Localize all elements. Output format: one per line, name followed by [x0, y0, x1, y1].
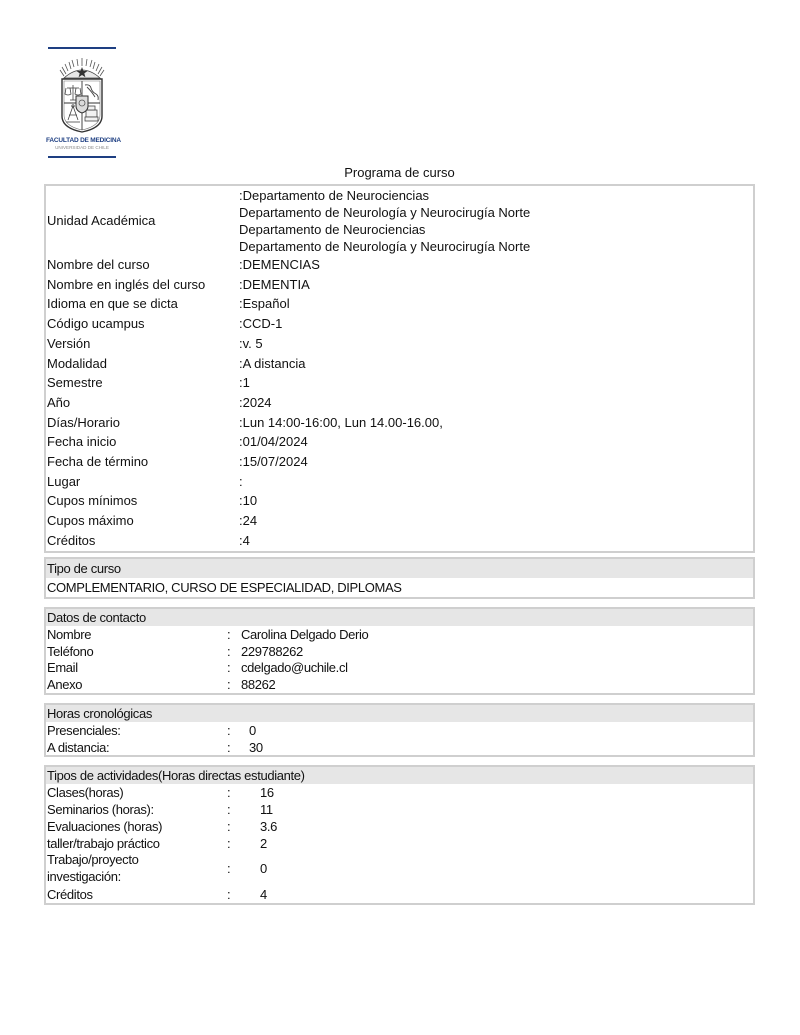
field-value: :Lun 14:00-16:00, Lun 14.00-16.00,	[238, 413, 754, 433]
academic-unit-line: Departamento de Neurología y Neurocirugí…	[239, 238, 752, 255]
separator: :	[227, 659, 241, 676]
field-value: :10	[238, 491, 754, 511]
field-label: Clases(horas)	[47, 784, 227, 801]
field-label: Evaluaciones (horas)	[47, 818, 227, 835]
field-value: :15/07/2024	[238, 452, 754, 472]
hours-section: Horas cronológicas Presenciales::0 A dis…	[44, 703, 755, 757]
separator: :	[227, 835, 241, 852]
field-label: Cupos mínimos	[45, 491, 238, 511]
field-label: Cupos máximo	[45, 511, 238, 531]
field-value: :4	[238, 531, 754, 552]
list-item: Nombre:Carolina Delgado Derio	[46, 626, 753, 643]
separator: :	[227, 722, 241, 739]
section-heading: Tipo de curso	[46, 559, 753, 578]
field-value: :2024	[238, 393, 754, 413]
list-item: Trabajo/proyecto investigación: : 0	[46, 852, 753, 886]
field-value: :24	[238, 511, 754, 531]
course-type-value: COMPLEMENTARIO, CURSO DE ESPECIALIDAD, D…	[46, 578, 753, 597]
activities-section: Tipos de actividades(Horas directas estu…	[44, 765, 755, 905]
separator: :	[227, 626, 241, 643]
course-type-section: Tipo de curso COMPLEMENTARIO, CURSO DE E…	[44, 557, 755, 599]
table-row: Versión:v. 5	[45, 334, 754, 354]
field-label: Créditos	[45, 531, 238, 552]
field-label: Nombre en inglés del curso	[45, 275, 238, 295]
field-label: Nombre del curso	[45, 255, 238, 275]
table-row: Cupos máximo:24	[45, 511, 754, 531]
table-row: Días/Horario:Lun 14:00-16:00, Lun 14.00-…	[45, 413, 754, 433]
field-value: :DEMENCIAS	[238, 255, 754, 275]
field-label: Semestre	[45, 373, 238, 393]
field-label: Lugar	[45, 472, 238, 492]
field-value: 11	[241, 801, 752, 818]
field-value: 0	[241, 852, 752, 886]
list-item: Seminarios (horas)::11	[46, 801, 753, 818]
field-value: :DEMENTIA	[238, 275, 754, 295]
separator: :	[227, 852, 241, 886]
field-value: 2	[241, 835, 752, 852]
separator: :	[227, 801, 241, 818]
academic-unit-line: :Departamento de Neurociencias	[239, 187, 752, 204]
contact-phone: 229788262	[241, 643, 752, 660]
field-value: 3.6	[241, 818, 752, 835]
table-row: Fecha de término:15/07/2024	[45, 452, 754, 472]
list-item: Clases(horas):16	[46, 784, 753, 801]
section-heading: Datos de contacto	[46, 609, 753, 626]
list-item: Evaluaciones (horas):3.6	[46, 818, 753, 835]
field-label: Presenciales:	[47, 722, 227, 739]
field-value: 16	[241, 784, 752, 801]
field-label: Nombre	[47, 626, 227, 643]
separator: :	[227, 886, 241, 903]
field-label: Modalidad	[45, 354, 238, 374]
field-label: Teléfono	[47, 643, 227, 660]
list-item: taller/trabajo práctico:2	[46, 835, 753, 852]
field-label: Unidad Académica	[45, 185, 238, 255]
list-item: Presenciales::0	[46, 722, 753, 739]
field-value: :1	[238, 373, 754, 393]
field-label: Trabajo/proyecto investigación:	[47, 852, 227, 886]
field-label: Créditos	[47, 886, 227, 903]
logo-university-name: UNIVERSIDAD DE CHILE	[46, 145, 118, 150]
field-label-line: investigación:	[47, 869, 227, 886]
page-title: Programa de curso	[44, 165, 755, 180]
logo-bottom-rule	[48, 156, 116, 158]
contact-extension: 88262	[241, 676, 752, 693]
logo-faculty-name: FACULTAD DE MEDICINA	[46, 137, 118, 144]
logo-top-rule	[48, 47, 116, 49]
table-row: Nombre en inglés del curso:DEMENTIA	[45, 275, 754, 295]
academic-unit-line: Departamento de Neurología y Neurocirugí…	[239, 204, 752, 221]
field-label: Fecha de término	[45, 452, 238, 472]
field-value-academic-unit: :Departamento de Neurociencias Departame…	[238, 185, 754, 255]
separator: :	[227, 818, 241, 835]
table-row: Idioma en que se dicta:Español	[45, 294, 754, 314]
table-row: Código ucampus:CCD-1	[45, 314, 754, 334]
table-row: Cupos mínimos:10	[45, 491, 754, 511]
field-label: taller/trabajo práctico	[47, 835, 227, 852]
field-value: :CCD-1	[238, 314, 754, 334]
field-value: 4	[241, 886, 752, 903]
list-item: Créditos:4	[46, 886, 753, 903]
table-row: Créditos:4	[45, 531, 754, 552]
separator: :	[227, 643, 241, 660]
field-label: Anexo	[47, 676, 227, 693]
list-item: Email:cdelgado@uchile.cl	[46, 659, 753, 676]
field-label-line: Trabajo/proyecto	[47, 852, 227, 869]
list-item: Teléfono:229788262	[46, 643, 753, 660]
field-value: :01/04/2024	[238, 432, 754, 452]
faculty-logo: FACULTAD DE MEDICINA UNIVERSIDAD DE CHIL…	[46, 46, 118, 160]
university-crest-icon	[54, 54, 110, 134]
list-item: Anexo:88262	[46, 676, 753, 693]
table-row: Año:2024	[45, 393, 754, 413]
table-row: Semestre:1	[45, 373, 754, 393]
academic-unit-line: Departamento de Neurociencias	[239, 221, 752, 238]
field-value: :	[238, 472, 754, 492]
table-row: Modalidad:A distancia	[45, 354, 754, 374]
section-heading: Horas cronológicas	[46, 705, 753, 722]
contact-email: cdelgado@uchile.cl	[241, 659, 752, 676]
field-label: Email	[47, 659, 227, 676]
table-row: Fecha inicio:01/04/2024	[45, 432, 754, 452]
field-value: :v. 5	[238, 334, 754, 354]
table-row: Lugar:	[45, 472, 754, 492]
field-label: A distancia:	[47, 739, 227, 756]
table-row: Nombre del curso:DEMENCIAS	[45, 255, 754, 275]
course-info-table: Unidad Académica :Departamento de Neuroc…	[44, 184, 755, 553]
separator: :	[227, 784, 241, 801]
field-label: Idioma en que se dicta	[45, 294, 238, 314]
field-label: Código ucampus	[45, 314, 238, 334]
field-label: Año	[45, 393, 238, 413]
separator: :	[227, 739, 241, 756]
separator: :	[227, 676, 241, 693]
contact-name: Carolina Delgado Derio	[241, 626, 752, 643]
field-value: :A distancia	[238, 354, 754, 374]
contact-section: Datos de contacto Nombre:Carolina Delgad…	[44, 607, 755, 695]
list-item: A distancia::30	[46, 739, 753, 756]
field-label: Días/Horario	[45, 413, 238, 433]
field-label: Fecha inicio	[45, 432, 238, 452]
section-heading: Tipos de actividades(Horas directas estu…	[46, 767, 753, 784]
field-value: 0	[241, 722, 752, 739]
field-value: :Español	[238, 294, 754, 314]
field-label: Seminarios (horas):	[47, 801, 227, 818]
field-label: Versión	[45, 334, 238, 354]
field-value: 30	[241, 739, 752, 756]
table-row: Unidad Académica :Departamento de Neuroc…	[45, 185, 754, 255]
